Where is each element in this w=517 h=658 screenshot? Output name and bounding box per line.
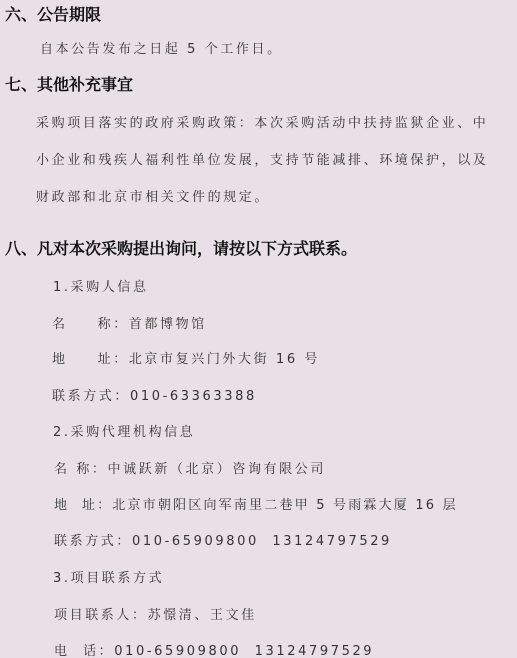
project-person-value: 苏憬清、王文佳 [148,608,257,623]
purchaser-name-value: 首都博物馆 [129,317,207,332]
agency-name-label: 名 称： [54,462,108,477]
project-phone-value: 010-65909800 13124797529 [114,644,374,658]
purchaser-address-label-a: 地 [52,352,68,367]
purchaser-address-label-b: 址： [98,352,129,367]
policy-paragraph-line-3: 财政部和北京市相关文件的规定。 [36,186,270,205]
policy-paragraph-line-1: 采购项目落实的政府采购政策：本次采购活动中扶持监狱企业、中 [36,112,488,131]
project-phone-label: 电 话： [54,644,114,658]
purchaser-address-row: 地址：北京市复兴门外大街 16 号 [52,348,320,367]
project-phone-row: 电 话：010-65909800 13124797529 [54,640,374,658]
purchaser-name-label-b: 称： [98,317,129,332]
purchaser-info-title: 1.采购人信息 [53,276,149,295]
project-person-label: 项目联系人： [54,608,148,623]
section-heading-announcement-period: 六、公告期限 [5,2,101,25]
agency-address-value: 北京市朝阳区向军南里二巷甲 5 号雨霖大厦 16 层 [112,498,458,513]
agency-name-value: 中诚跃新（北京）咨询有限公司 [108,462,326,477]
agency-contact-label: 联系方式： [54,534,132,549]
agency-address-row: 地 址：北京市朝阳区向军南里二巷甲 5 号雨霖大厦 16 层 [54,494,458,513]
purchaser-name-label-a: 名 [52,317,68,332]
purchaser-address-value: 北京市复兴门外大街 16 号 [129,352,320,367]
agency-contact-row: 联系方式：010-65909800 13124797529 [54,530,392,549]
agency-info-title: 2.采购代理机构信息 [53,421,195,440]
policy-paragraph-line-2: 小企业和残疾人福利性单位发展，支持节能减排、环境保护，以及 [36,149,488,168]
purchaser-name-row: 名称：首都博物馆 [52,313,207,332]
project-person-row: 项目联系人：苏憬清、王文佳 [54,604,257,623]
purchaser-contact-row: 联系方式：010-63363388 [52,385,257,404]
agency-contact-value: 010-65909800 13124797529 [132,534,392,549]
agency-name-row: 名 称：中诚跃新（北京）咨询有限公司 [54,458,326,477]
section-heading-other-matters: 七、其他补充事宜 [5,72,133,95]
purchaser-contact-value: 010-63363388 [130,389,257,404]
project-contact-title: 3.项目联系方式 [53,567,164,586]
agency-address-label: 地 址： [54,498,112,513]
announcement-period-text: 自本公告发布之日起 5 个工作日。 [40,38,283,57]
purchaser-contact-label: 联系方式： [52,389,130,404]
section-heading-contact: 八、凡对本次采购提出询问，请按以下方式联系。 [5,236,357,259]
